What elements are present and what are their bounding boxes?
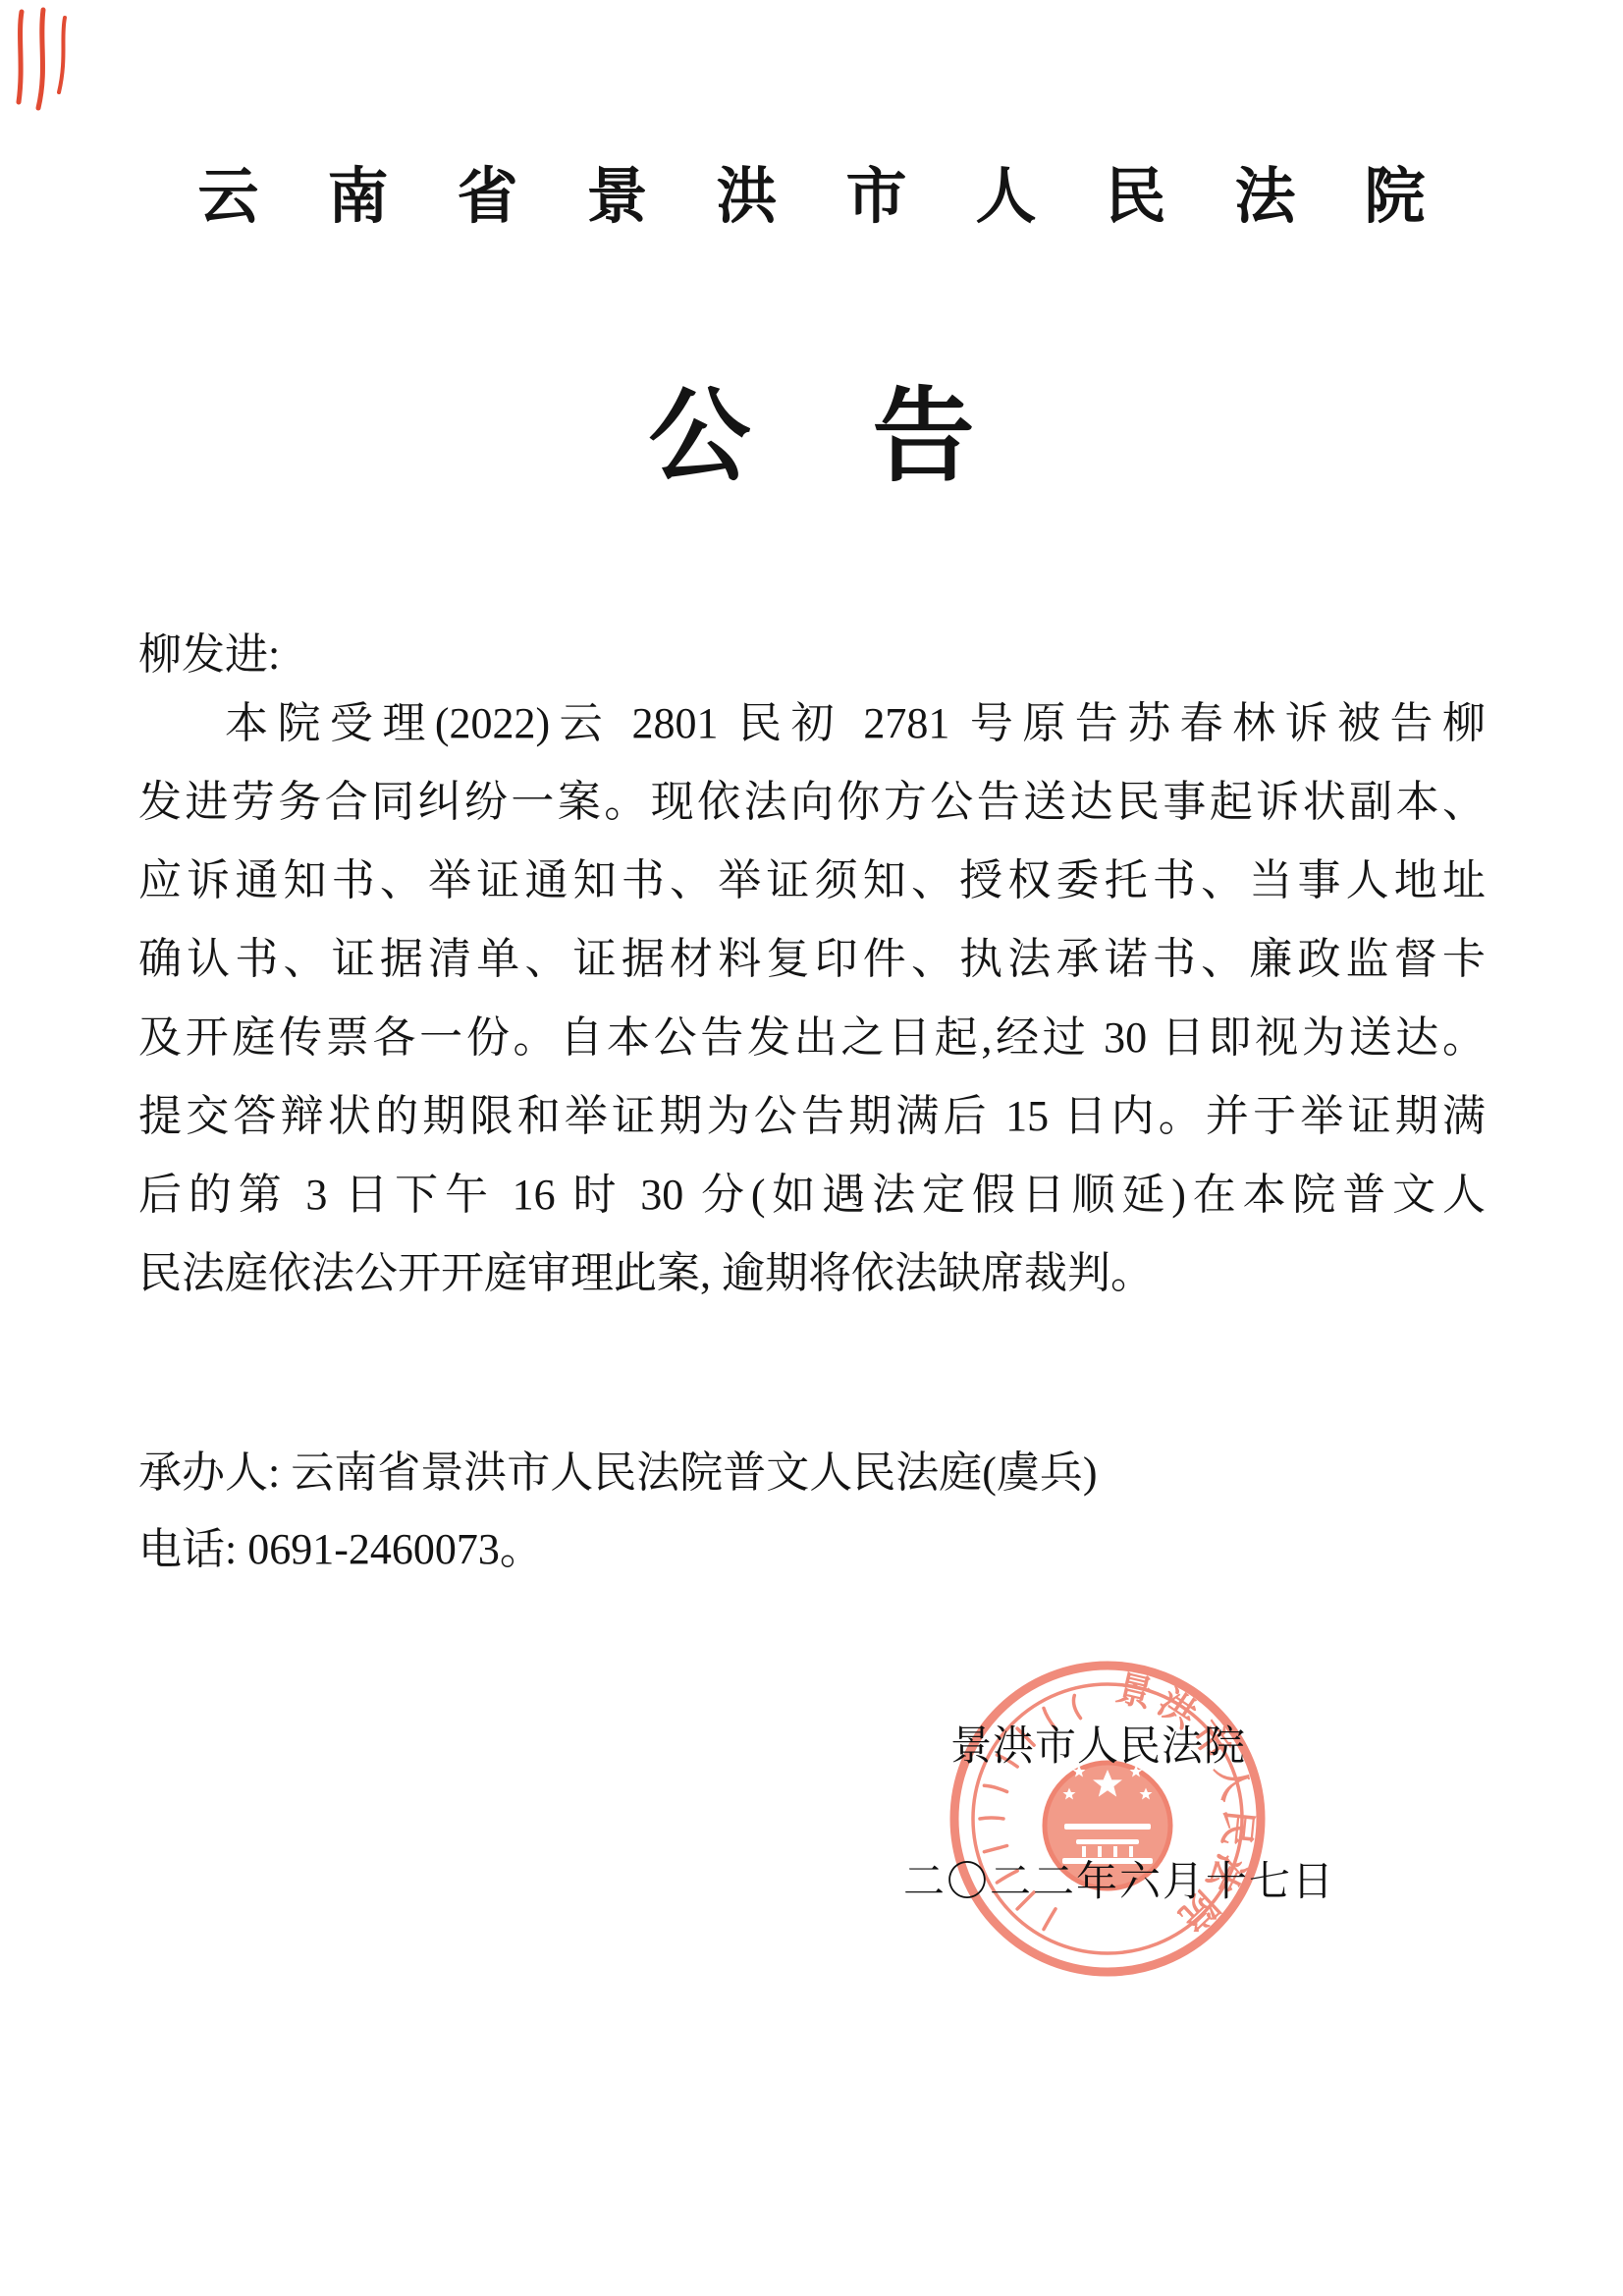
signature-court-name: 景洪市人民法院	[950, 1714, 1246, 1773]
paragraph-line: 发进劳务合同纠纷一案。现依法向你方公告送达民事起诉状副本、	[138, 763, 1486, 842]
paragraph-line: 应诉通知书、举证通知书、举证须知、授权委托书、当事人地址	[138, 842, 1486, 920]
red-pen-scribble-icon	[8, 6, 81, 116]
paragraph-line: 及开庭传票各一份。自本公告发出之日起,经过 30 日即视为送达。	[138, 999, 1486, 1077]
signature-date: 二〇二二年六月十七日	[903, 1849, 1335, 1908]
court-name-title: 云南省景洪市人民法院	[0, 147, 1623, 235]
paragraph-line: 民法庭依法公开开庭审理此案, 逾期将依法缺席裁判。	[138, 1234, 1486, 1313]
paragraph-line: 确认书、证据清单、证据材料复印件、执法承诺书、廉政监督卡	[138, 920, 1486, 999]
official-seal: 景洪市人民法院	[946, 1657, 1270, 1981]
paragraph-line: 后的第 3 日下午 16 时 30 分(如遇法定假日顺延)在本院普文人	[138, 1156, 1486, 1234]
announcement-body: 本院受理(2022)云 2801 民初 2781 号原告苏春林诉被告柳 发进劳务…	[138, 684, 1486, 1313]
announcement-title: 公告	[0, 354, 1623, 501]
court-announcement-document: 云南省景洪市人民法院 公告 柳发进: 本院受理(2022)云 2801 民初 2…	[0, 0, 1623, 2296]
phone-line: 电话: 0691-2460073。	[138, 1511, 1486, 1588]
case-handler-line: 承办人: 云南省景洪市人民法院普文人民法庭(虞兵)	[138, 1435, 1486, 1511]
contact-info: 承办人: 云南省景洪市人民法院普文人民法庭(虞兵) 电话: 0691-24600…	[138, 1435, 1486, 1588]
addressee-name: 柳发进:	[138, 619, 280, 682]
paragraph-line: 本院受理(2022)云 2801 民初 2781 号原告苏春林诉被告柳	[138, 684, 1486, 763]
paragraph-line: 提交答辩状的期限和举证期为公告期满后 15 日内。并于举证期满	[138, 1077, 1486, 1156]
